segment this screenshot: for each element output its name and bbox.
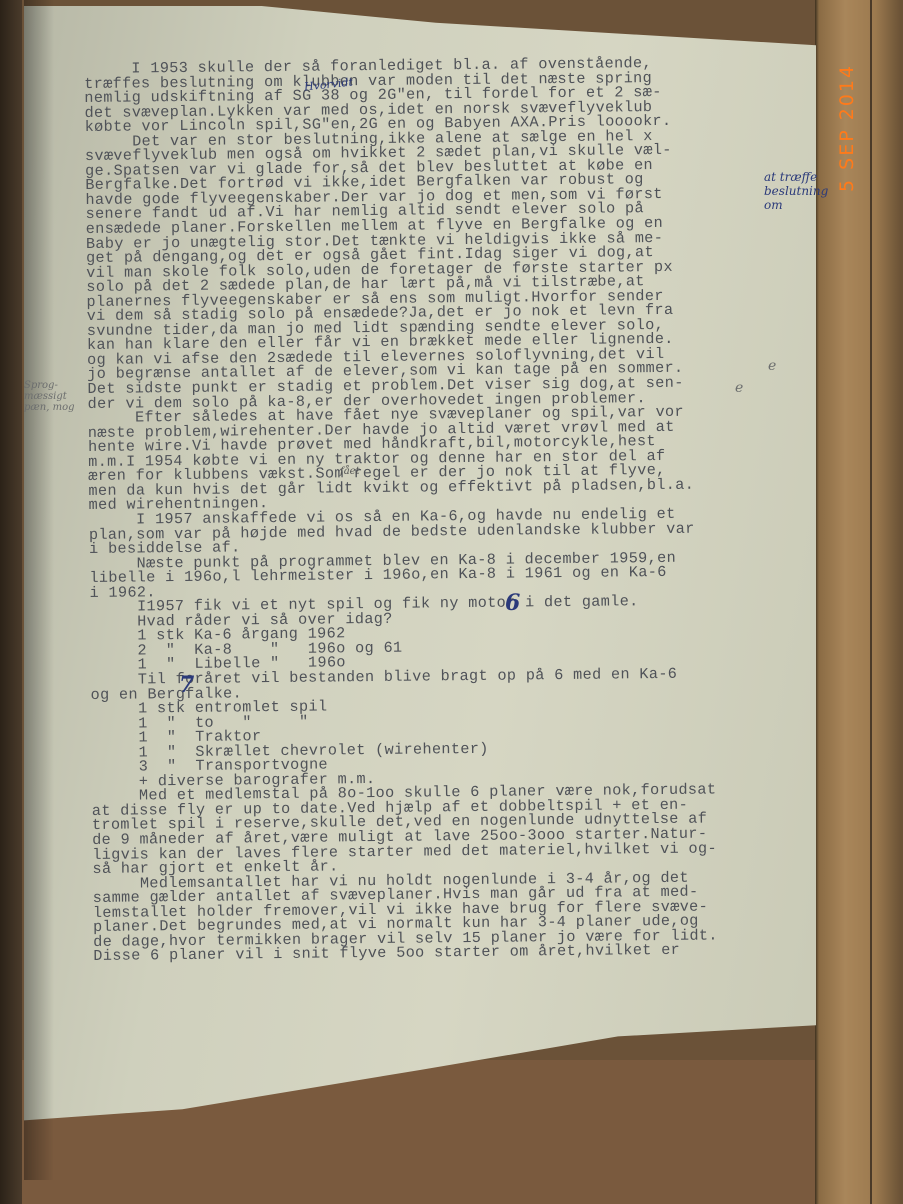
margin-left-line-1: Sprog- — [24, 380, 84, 391]
paper-shadow — [24, 0, 54, 1180]
photo-date-stamp: 5 SEP 2014 — [832, 48, 862, 208]
margin-note-e-2: e — [735, 380, 743, 396]
margin-note-line-3: om — [764, 198, 824, 212]
frame-groove — [870, 0, 872, 1204]
left-shadow-edge — [0, 0, 22, 1204]
margin-note-left: Sprog- mæssigt pæn, mog — [24, 380, 84, 413]
margin-note-line-2: beslutning — [764, 184, 824, 198]
margin-note-e-1: e — [768, 358, 776, 374]
margin-note-line-1: at træffe — [764, 170, 824, 184]
margin-left-line-2: mæssigt — [24, 391, 84, 402]
handwritten-correction-7: 7 — [179, 672, 194, 698]
margin-note-right: at træffe beslutning om — [764, 170, 824, 212]
handwritten-correction-6: 6 — [505, 590, 520, 616]
handwritten-correction-faaet: fået — [340, 466, 360, 477]
typewritten-body: I 1953 skulle der så foranlediget bl.a. … — [84, 55, 793, 964]
margin-left-line-3: pæn, mog — [24, 402, 84, 413]
